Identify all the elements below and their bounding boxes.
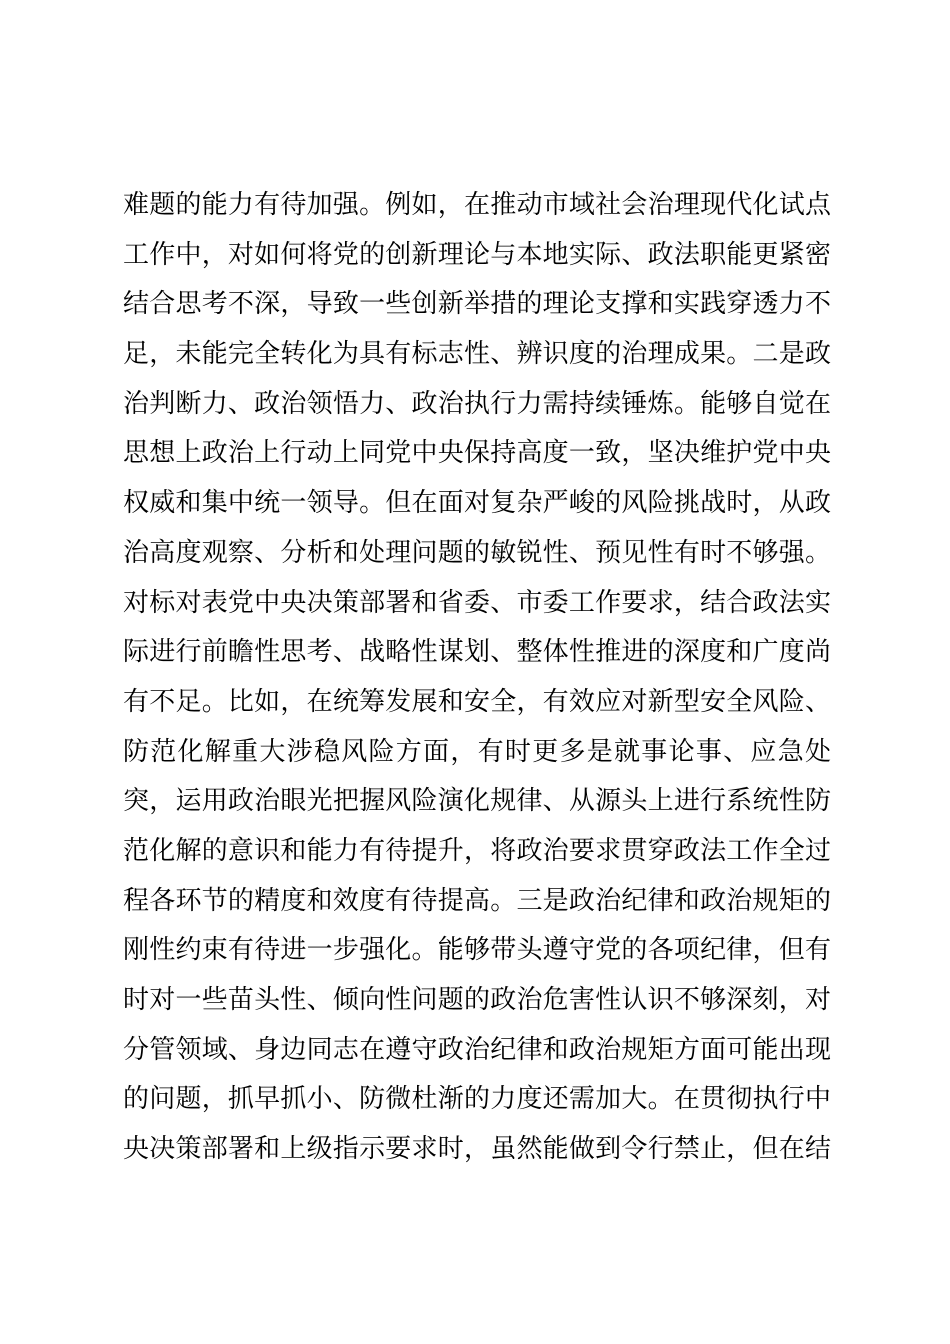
text-line: 刚性约束有待进一步强化。能够带头遵守党的各项纪律，但有 — [123, 925, 831, 975]
text-line: 程各环节的精度和效度有待提高。三是政治纪律和政治规矩的 — [123, 876, 831, 926]
text-line: 治判断力、政治领悟力、政治执行力需持续锤炼。能够自觉在 — [123, 379, 831, 429]
text-line: 分管领域、身边同志在遵守政治纪律和政治规矩方面可能出现 — [123, 1025, 831, 1075]
text-line: 思想上政治上行动上同党中央保持高度一致，坚决维护党中央 — [123, 428, 831, 478]
document-page: 难题的能力有待加强。例如，在推动市域社会治理现代化试点 工作中，对如何将党的创新… — [0, 0, 950, 1344]
text-line: 际进行前瞻性思考、战略性谋划、整体性推进的深度和广度尚 — [123, 627, 831, 677]
text-line: 的问题，抓早抓小、防微杜渐的力度还需加大。在贯彻执行中 — [123, 1074, 831, 1124]
text-line: 央决策部署和上级指示要求时，虽然能做到令行禁止，但在结 — [123, 1124, 831, 1174]
text-line: 突，运用政治眼光把握风险演化规律、从源头上进行系统性防 — [123, 776, 831, 826]
text-line: 结合思考不深，导致一些创新举措的理论支撑和实践穿透力不 — [123, 279, 831, 329]
text-line: 有不足。比如，在统筹发展和安全，有效应对新型安全风险、 — [123, 677, 831, 727]
text-line: 范化解的意识和能力有待提升，将政治要求贯穿政法工作全过 — [123, 826, 831, 876]
text-line: 治高度观察、分析和处理问题的敏锐性、预见性有时不够强。 — [123, 528, 831, 578]
text-line: 难题的能力有待加强。例如，在推动市域社会治理现代化试点 — [123, 180, 831, 230]
text-line: 足，未能完全转化为具有标志性、辨识度的治理成果。二是政 — [123, 329, 831, 379]
text-line: 防范化解重大涉稳风险方面，有时更多是就事论事、应急处 — [123, 727, 831, 777]
text-line: 对标对表党中央决策部署和省委、市委工作要求，结合政法实 — [123, 578, 831, 628]
paragraph-text-block: 难题的能力有待加强。例如，在推动市域社会治理现代化试点 工作中，对如何将党的创新… — [123, 180, 831, 1174]
text-line: 工作中，对如何将党的创新理论与本地实际、政法职能更紧密 — [123, 230, 831, 280]
text-line: 权威和集中统一领导。但在面对复杂严峻的风险挑战时，从政 — [123, 478, 831, 528]
text-line: 时对一些苗头性、倾向性问题的政治危害性认识不够深刻，对 — [123, 975, 831, 1025]
